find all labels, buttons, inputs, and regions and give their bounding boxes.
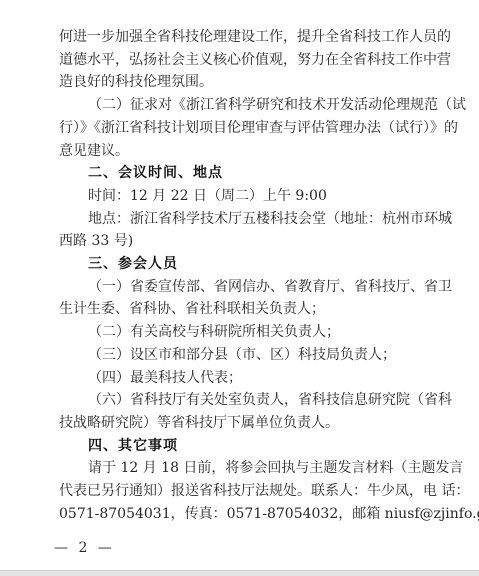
- document-line: 道德水平，弘扬社会主义核心价值观，努力在全省科技工作中营: [59, 49, 453, 72]
- section-heading: 二、会议时间、地点: [59, 162, 453, 185]
- document-line: （六）省科技厅有关处室负责人，省科技信息研究院（省科: [59, 389, 453, 412]
- document-body: 何进一步加强全省科技伦理建设工作，提升全省科技工作人员的道德水平，弘扬社会主义核…: [59, 26, 453, 525]
- document-line: 地点：浙江省科学技术厅五楼科技会堂（地址：杭州市环城: [59, 208, 453, 231]
- document-line: 行）》《浙江省科技计划项目伦理审查与评估管理办法（试行）》的: [59, 117, 453, 140]
- document-line: 造良好的科技伦理氛围。: [59, 71, 453, 94]
- document-line: 西路 33 号): [59, 230, 453, 253]
- document-line: 时间：12 月 22 日（周二）上午 9:00: [59, 185, 453, 208]
- document-line: （一）省委宣传部、省网信办、省教育厅、省科技厅、省卫: [59, 276, 453, 299]
- document-page: 何进一步加强全省科技伦理建设工作，提升全省科技工作人员的道德水平，弘扬社会主义核…: [0, 0, 479, 576]
- document-line: （四）最美科技人代表；: [59, 367, 453, 390]
- section-heading: 三、参会人员: [59, 253, 453, 276]
- document-line: 生计生委、省科协、省社科联相关负责人；: [59, 298, 453, 321]
- section-heading: 四、其它事项: [59, 435, 453, 458]
- document-line: （二）征求对《浙江省科学研究和技术开发活动伦理规范（试: [59, 94, 453, 117]
- document-line: 代表已另行通知）报送省科技厅法规处。联系人：牛少凤，电 话：: [59, 480, 453, 503]
- document-line: （三）设区市和部分县（市、区）科技局负责人；: [59, 344, 453, 367]
- document-line: 何进一步加强全省科技伦理建设工作，提升全省科技工作人员的: [59, 26, 453, 49]
- document-line: 意见建议。: [59, 140, 453, 163]
- page-number: — 2 —: [54, 540, 115, 556]
- scan-edge-artifact: [0, 570, 479, 576]
- document-line: 0571-87054031，传真：0571-87054032，邮箱 niusf@…: [59, 503, 453, 526]
- document-line: 技战略研究院）等省科技厅下属单位负责人。: [59, 412, 453, 435]
- document-line: （二）有关高校与科研院所相关负责人；: [59, 321, 453, 344]
- document-line: 请于 12 月 18 日前，将参会回执与主题发言材料（主题发言: [59, 457, 453, 480]
